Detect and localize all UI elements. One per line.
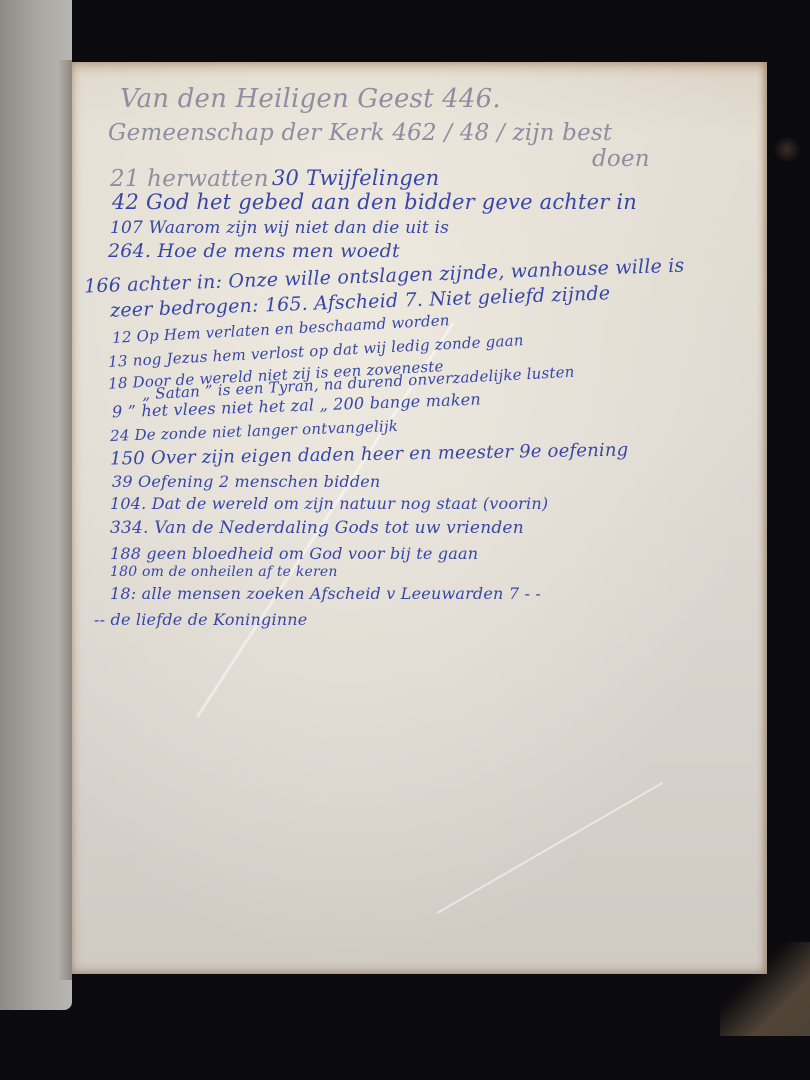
ink-line: 180 om de onheilen af te keren <box>110 564 338 580</box>
ink-line: 104. Dat de wereld om zijn natuur nog st… <box>110 494 548 513</box>
spine-shadow <box>58 60 72 980</box>
pencil-line: Van den Heiligen Geest 446. <box>120 84 501 114</box>
ink-line: 18: alle mensen zoeken Afscheid v Leeuwa… <box>110 584 541 603</box>
ink-line: 107 Waarom zijn wij niet dan die uit is <box>110 218 449 238</box>
ink-line: 188 geen bloedheid om God voor bij te ga… <box>110 544 478 563</box>
pencil-line: Gemeenschap der Kerk 462 / 48 / zijn bes… <box>108 120 612 146</box>
ink-line: 334. Van de Nederdaling Gods tot uw vrie… <box>110 518 524 538</box>
ink-line: 24 De zonde niet langer ontvangelijk <box>110 417 399 445</box>
pencil-line: 21 herwatten <box>110 166 269 192</box>
pencil-line: doen <box>592 146 650 172</box>
ink-line: 150 Over zijn eigen daden heer en meeste… <box>110 439 629 469</box>
ink-line: -- de liefde de Koninginne <box>94 610 307 629</box>
ink-line: 264. Hoe de mens men woedt <box>108 240 400 262</box>
handwritten-page: Van den Heiligen Geest 446. Gemeenschap … <box>72 62 767 974</box>
ink-line: 42 God het gebed aan den bidder geve ach… <box>112 190 637 214</box>
worn-corner <box>720 942 810 1036</box>
ink-stain <box>772 137 802 162</box>
ink-line: 30 Twijfelingen <box>272 166 439 190</box>
ink-line: 39 Oefening 2 menschen bidden <box>112 472 380 491</box>
page-crease-lower <box>437 782 663 914</box>
